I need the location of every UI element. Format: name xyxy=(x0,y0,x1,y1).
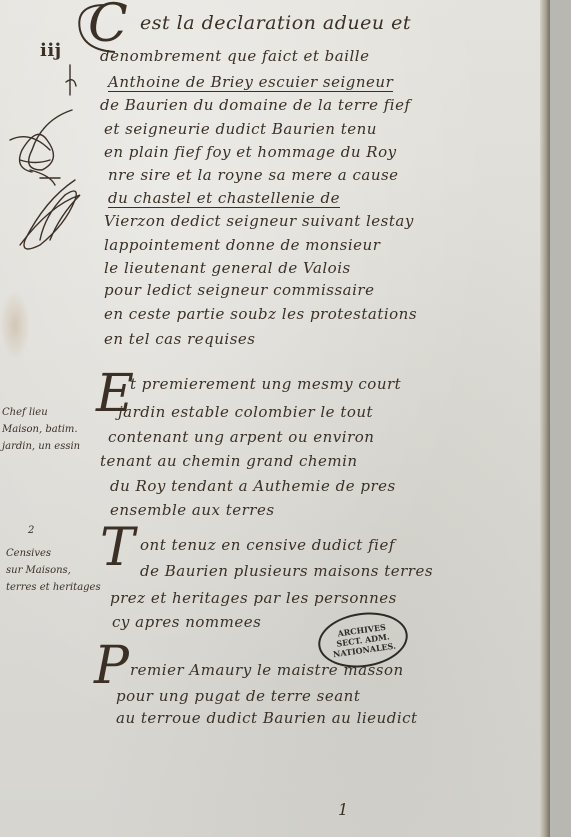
margin-note-1-line-1: Chef lieu xyxy=(2,404,80,421)
paragraph-1-line-2: denombrement que faict et baille xyxy=(100,47,369,65)
signature-flourish-icon xyxy=(0,60,100,250)
paragraph-4-line-2: pour ung pugat de terre seant xyxy=(116,687,360,705)
paragraph-2-line-4: tenant au chemin grand chemin xyxy=(100,452,358,470)
margin-note-1: Chef lieu Maison, batim. jardin, un essi… xyxy=(2,404,80,455)
paragraph-1-line-14: en tel cas requises xyxy=(104,330,255,348)
paragraph-4-line-3: au terroue dudict Baurien au lieudict xyxy=(116,709,418,727)
paragraph-2-line-2: jardin estable colombier le tout xyxy=(118,403,373,421)
paragraph-3-line-2: de Baurien plusieurs maisons terres xyxy=(140,562,433,580)
margin-note-2-line-3: terres et heritages xyxy=(6,579,101,596)
paragraph-1-line-9: Vierzon dedict seigneur suivant lestay xyxy=(104,212,414,230)
paragraph-1-line-13: en ceste partie soubz les protestations xyxy=(104,305,417,323)
paragraph-1-line-5: et seigneurie dudict Baurien tenu xyxy=(104,120,377,138)
margin-note-1-line-3: jardin, un essin xyxy=(2,438,80,455)
margin-note-2-line-1: Censives xyxy=(6,545,101,562)
folio-mark: iij xyxy=(40,40,62,61)
paragraph-2-line-6: ensemble aux terres xyxy=(110,501,275,519)
margin-note-2-line-2: sur Maisons, xyxy=(6,562,101,579)
paragraph-1-line-11: le lieutenant general de Valois xyxy=(104,259,351,277)
paragraph-3-line-3: prez et heritages par les personnes xyxy=(110,589,397,607)
paragraph-1-line-3: Anthoine de Briey escuier seigneur xyxy=(108,73,393,92)
paragraph-4-line-1: remier Amaury le maistre masson xyxy=(130,661,404,679)
paragraph-1-line-10: lappointement donne de monsieur xyxy=(104,236,380,254)
paper-stain xyxy=(0,290,30,360)
margin-note-1-line-2: Maison, batim. xyxy=(2,421,80,438)
paragraph-1-line-12: pour ledict seigneur commissaire xyxy=(104,281,374,299)
paragraph-1-line-7: nre sire et la royne sa mere a cause xyxy=(108,166,399,184)
page-edge xyxy=(540,0,550,837)
paragraph-3-line-4: cy apres nommees xyxy=(112,613,261,631)
drop-initial-t: T xyxy=(100,522,135,574)
paragraph-1-line-4: de Baurien du domaine de la terre fief xyxy=(100,96,411,114)
paragraph-2-line-5: du Roy tendant a Authemie de pres xyxy=(110,477,396,495)
paragraph-3-line-1: ont tenuz en censive dudict fief xyxy=(140,536,395,554)
manuscript-page: iij C est la declaration adueu et denomb… xyxy=(0,0,547,837)
drop-initial-p: P xyxy=(94,640,129,692)
paragraph-1-line-8: du chastel et chastellenie de xyxy=(108,189,340,208)
page-number: 1 xyxy=(338,800,348,819)
paragraph-2-line-3: contenant ung arpent ou environ xyxy=(108,428,374,446)
paragraph-2-line-1: t premierement ung mesmy court xyxy=(130,375,401,393)
margin-note-2-number: 2 xyxy=(28,522,34,539)
paragraph-1-line-1: est la declaration adueu et xyxy=(140,12,411,34)
paragraph-1-line-6: en plain fief foy et hommage du Roy xyxy=(104,143,397,161)
margin-note-2: Censives sur Maisons, terres et heritage… xyxy=(6,545,101,596)
